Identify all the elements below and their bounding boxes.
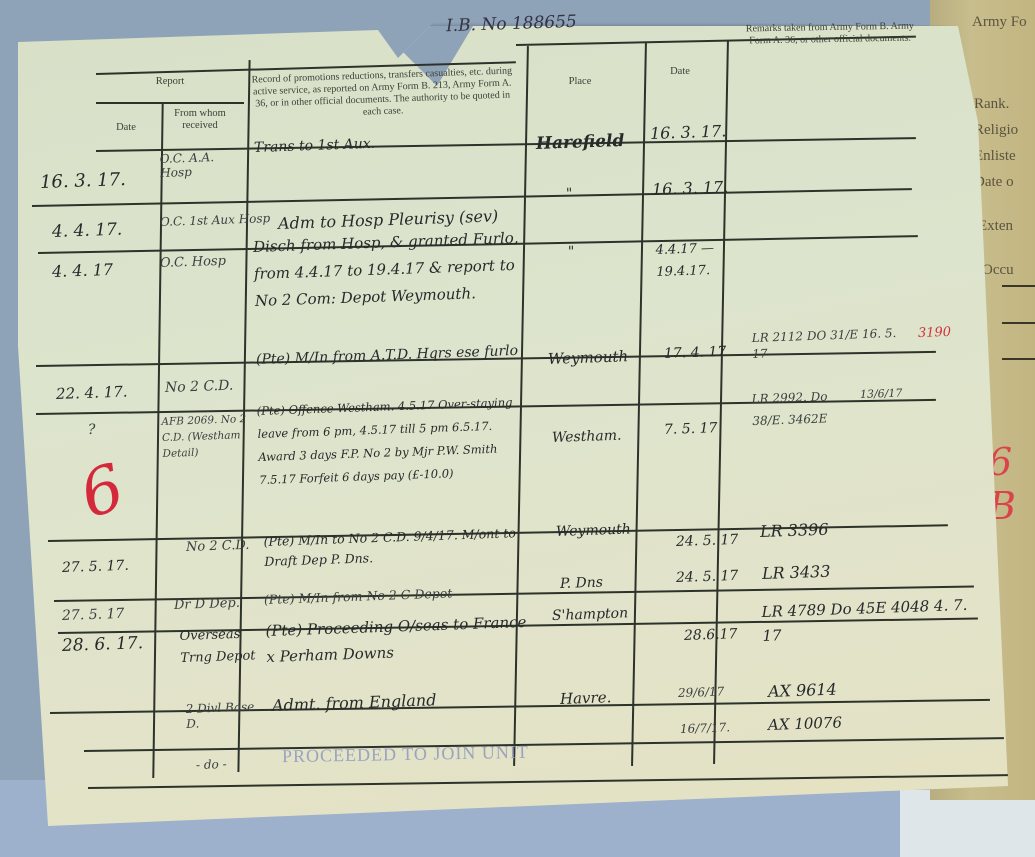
row-place: S'hampton [552,605,629,624]
row-remarks: LR 2992. Do 38/E. 3462E [751,385,842,432]
row-record: (Pte) Offence Westham. 4.5.17 Over-stayi… [256,391,525,492]
form-rule [1002,285,1035,287]
row-from: No 2 C.D. [165,378,234,396]
header-record: Record of promotions reductions, transfe… [249,65,516,122]
row-date-2: 24. 5. 17 [676,532,739,550]
row-date: 28. 6. 17. [62,633,144,656]
proceeded-stamp: PROCEEDED TO JOIN UNIT [282,742,529,767]
row-place: " [566,186,573,202]
back-form-field-rank: Rank. [974,96,1009,113]
row-from: O.C. A.A. Hosp [160,149,241,180]
back-form-field-religion: Religio [974,122,1018,139]
row-date: 16. 3. 17. [40,169,127,193]
row-remarks: AX 9614 [768,680,837,701]
row-date-2: 16/7/17. [680,720,731,736]
row-date-2: 16. 3. 17. [650,121,727,143]
row-place: P. Dns [560,575,603,592]
row-from: Dr D Dep. [174,596,240,613]
row-date: ? [88,422,96,438]
row-remarks: AX 10076 [768,713,843,734]
row-remarks: LR 3396 [760,520,829,541]
row-remarks-side: 13/6/17 [860,387,880,402]
header-from-whom: From whom received [160,108,240,132]
row-date: 4. 4. 17 [52,260,114,281]
row-place: " [568,244,575,260]
row-date: 27. 5. 17. [62,558,129,576]
row-from: AFB 2069. No 2 C.D. (Westham Detail) [161,411,253,462]
row-from: No 2 C.D. [186,538,250,555]
row-remarks: LR 2112 DO 31/E 16. 5. 17 [751,325,902,362]
header-date: Date [98,122,154,134]
row-from: O.C. Hosp [160,254,226,271]
row-remarks: LR 4789 Do 45E 4048 4. 7. 17 [761,593,973,648]
row-date-2: 24. 5. 17 [676,568,739,586]
row-place: Weymouth [556,521,631,540]
header-report: Report [100,76,240,88]
row-date-2: 7. 5. 17 [664,420,718,438]
back-form-title: Army Fo [972,14,1027,31]
back-form-field-occupation: Occu [982,262,1014,279]
row-date-2: 4.4.17 — 19.4.17. [655,238,716,284]
header-date-2: Date [642,66,718,78]
background-paper-corner [900,790,1035,857]
row-place: Weymouth [548,347,629,368]
back-form-field-extension: Exten [978,218,1013,235]
header-place: Place [525,76,635,88]
row-date: 27. 5. 17 [62,606,125,624]
row-record: Disch from Hosp, & granted Furlo, from 4… [253,225,526,315]
back-form-field-enlisted: Enliste [974,148,1016,165]
row-place: Harefield [536,131,625,154]
row-from: Overseas Trng Depot [179,623,260,670]
row-from: 2 Divl Base D. [185,700,256,732]
header-remarks: Remarks taken from Army Form B. Army For… [735,20,925,47]
row-date: 22. 4. 17. [56,383,128,403]
row-date-2: 29/6/17 [678,684,725,700]
form-rule [1002,322,1035,324]
row-remarks: LR 3433 [762,562,831,583]
row-remarks-red: 3190 [918,325,952,341]
row-date-2: 16. 3. 17. [652,177,729,199]
row-record: (Pte) Proceeding O/seas to France x Perh… [265,609,533,670]
row-from: - do - [196,757,227,772]
row-date-2: 28.6.17 [684,626,738,644]
row-place: Westham. [552,428,622,446]
form-rule [1002,358,1035,360]
row-place: Havre. [560,688,612,708]
row-date: 4. 4. 17. [52,220,123,242]
row-date-2: 17. 4. 17 [664,344,727,362]
